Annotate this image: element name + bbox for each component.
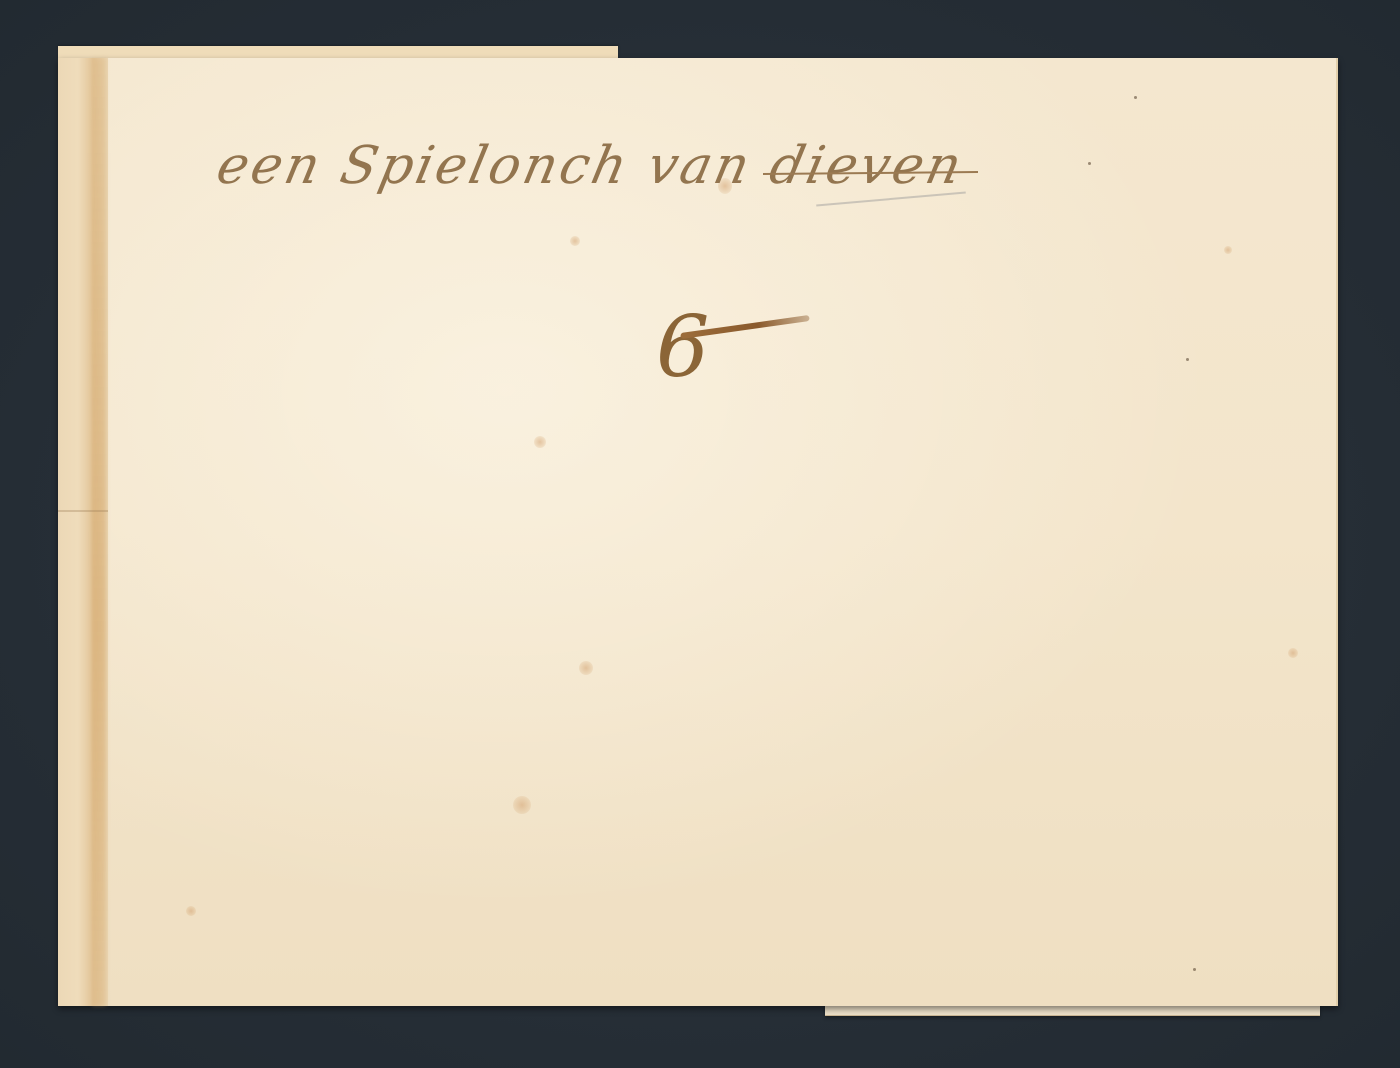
foxing-stain [534, 436, 546, 448]
document-sheet: een Spielonch van dieven 6 [58, 58, 1338, 1006]
foxing-stain [513, 796, 531, 814]
handwritten-number: 6 [656, 298, 709, 396]
folded-spine [58, 58, 108, 1006]
ink-fleck [1088, 162, 1091, 165]
foxing-stain [1288, 648, 1298, 658]
ink-fleck [1186, 358, 1189, 361]
underlying-sheet-edge [825, 1005, 1320, 1016]
spine-crease [58, 510, 108, 512]
foxing-stain [186, 906, 196, 916]
ink-fleck [1193, 968, 1196, 971]
handwritten-title: een Spielonch van dieven [212, 136, 970, 196]
foxing-stain [579, 661, 593, 675]
foxing-stain [1224, 246, 1232, 254]
foxing-stain [570, 236, 580, 246]
ink-fleck [1134, 96, 1137, 99]
spine-fold-stain [92, 58, 106, 1006]
